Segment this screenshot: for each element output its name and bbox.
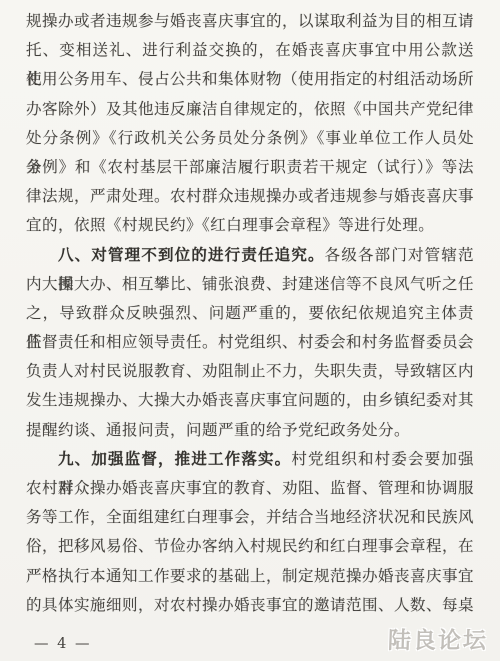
text-segment: 俗，把移风易俗、节俭办客纳入村规民约和红白理事会章程，在 [26,537,474,555]
section-9-heading: 九、加强监督，推进工作落实。 [58,450,291,468]
page-number: — 4 — [34,636,91,652]
text-line: 宜的，依照《村规民约》《红白理事会章程》等进行处理。 [26,211,474,240]
text-segment: 发生违规操办、大操大办婚丧喜庆事宜问题的，由乡镇纪委对其 [26,391,474,409]
scanned-document-page: 规操办或者违规参与婚丧喜庆事宜的，以谋取利益为目的相互请 托、变相送礼、进行利益… [0,0,500,661]
text-segment: 内大操大办、相互攀比、铺张浪费、封建迷信等不良风气听之任 [26,275,474,293]
text-segment: 务等工作，全面组建红白理事会，并结合当地经济状况和民族风 [26,508,474,526]
text-segment: 的具体实施细则，对农村操办婚丧事宜的邀请范围、人数、每桌 [26,596,474,614]
text-line: 处分条例》《行政机关公务员处分条例》《事业单位工作人员处分 [26,124,474,153]
text-segment: 使用公务用车、侵占公共和集体财物（使用指定的村组活动场所 [26,70,474,88]
text-line: 使用公务用车、侵占公共和集体财物（使用指定的村组活动场所 [26,65,474,94]
text-line: 农村群众操办婚丧喜庆事宜的教育、劝阻、监督、管理和协调服 [26,474,474,503]
text-segment: 农村群众操办婚丧喜庆事宜的教育、劝阻、监督、管理和协调服 [26,479,474,497]
text-line: 内大操大办、相互攀比、铺张浪费、封建迷信等不良风气听之任 [26,270,474,299]
text-line: 务等工作，全面组建红白理事会，并结合当地经济状况和民族风 [26,503,474,532]
text-segment: 宜的，依照《村规民约》《红白理事会章程》等进行处理。 [26,216,434,234]
document-body: 规操办或者违规参与婚丧喜庆事宜的，以谋取利益为目的相互请 托、变相送礼、进行利益… [26,7,474,620]
watermark-luliang-forum: 陆良论坛 [387,622,488,655]
text-line: 发生违规操办、大操大办婚丧喜庆事宜问题的，由乡镇纪委对其 [26,386,474,415]
text-line: 之，导致群众反映强烈、问题严重的，要依纪依规追究主体责任、 [26,299,474,328]
text-segment: 严格执行本通知工作要求的基础上，制定规范操办婚丧喜庆事宜 [26,567,474,585]
text-line: 托、变相送礼、进行利益交换的，在婚丧喜庆事宜中用公款送礼、 [26,36,474,65]
text-segment: 负责人对村民说服教育、劝阻制止不力，失职失责，导致辖区内 [26,362,474,380]
text-segment: 办客除外）及其他违反廉洁自律规定的，依照《中国共产党纪律 [26,100,474,118]
text-segment: 规操办或者违规参与婚丧喜庆事宜的，以谋取利益为目的相互请 [26,12,474,30]
text-line: 九、加强监督，推进工作落实。村党组织和村委会要加强对 [26,445,474,474]
text-segment: 监督责任和相应领导责任。村党组织、村委会和村务监督委员会 [26,333,474,351]
text-segment: 律法规，严肃处理。农村群众违规操办或者违规参与婚丧喜庆事 [26,187,474,205]
text-segment: 条例》和《农村基层干部廉洁履行职责若干规定（试行）》等法 [26,158,474,176]
text-line: 条例》和《农村基层干部廉洁履行职责若干规定（试行）》等法 [26,153,474,182]
text-line: 律法规，严肃处理。农村群众违规操办或者违规参与婚丧喜庆事 [26,182,474,211]
page-footer: — 4 — 陆良论坛 [0,615,500,661]
text-line: 办客除外）及其他违反廉洁自律规定的，依照《中国共产党纪律 [26,95,474,124]
section-8-heading: 八、对管理不到位的进行责任追究。 [58,246,325,264]
text-line: 监督责任和相应领导责任。村党组织、村委会和村务监督委员会 [26,328,474,357]
text-line: 提醒约谈、通报问责，问题严重的给予党纪政务处分。 [26,416,474,445]
text-line: 八、对管理不到位的进行责任追究。各级各部门对管辖范围 [26,241,474,270]
text-line: 俗，把移风易俗、节俭办客纳入村规民约和红白理事会章程，在 [26,532,474,561]
text-line: 负责人对村民说服教育、劝阻制止不力，失职失责，导致辖区内 [26,357,474,386]
text-line: 严格执行本通知工作要求的基础上，制定规范操办婚丧喜庆事宜 [26,562,474,591]
text-line: 规操办或者违规参与婚丧喜庆事宜的，以谋取利益为目的相互请 [26,7,474,36]
text-segment: 提醒约谈、通报问责，问题严重的给予党纪政务处分。 [26,421,410,439]
